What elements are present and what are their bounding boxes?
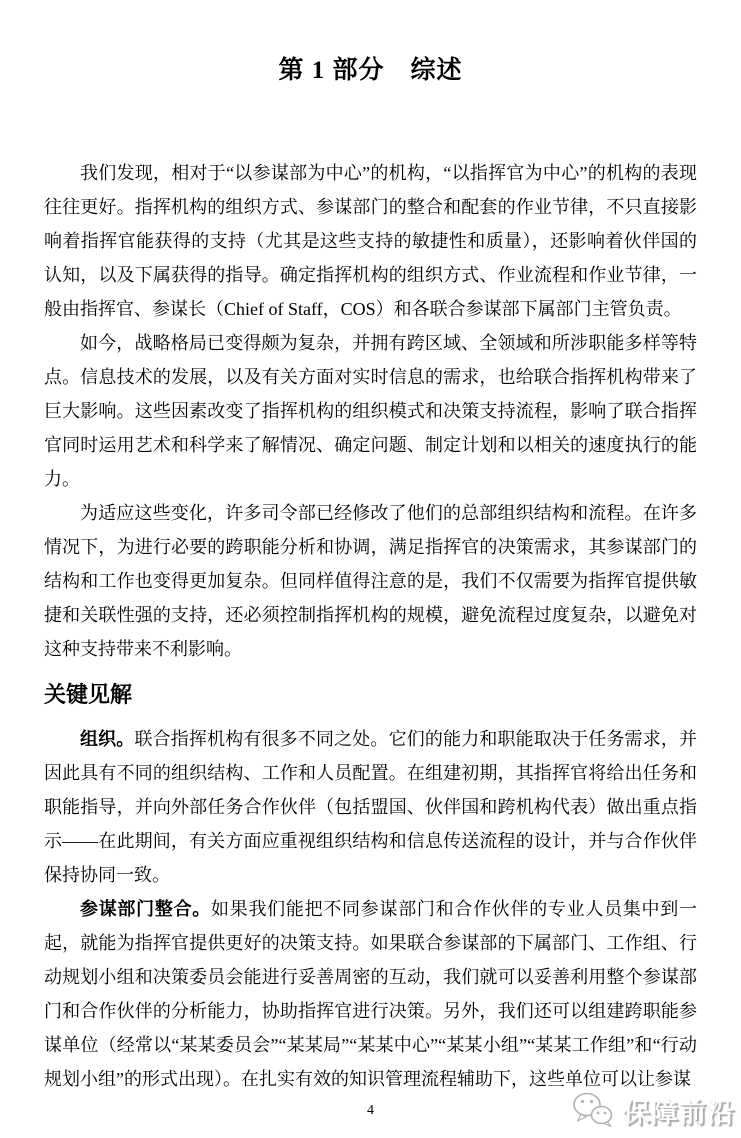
- watermark-label: 保障前沿: [623, 1091, 735, 1130]
- insight-lead-organization: 组织。: [80, 729, 134, 749]
- section-heading-key-insights: 关键见解: [44, 680, 697, 710]
- body-paragraph-2: 如今，战略格局已变得颇为复杂，并拥有跨区域、全领域和所涉职能多样等特点。信息技术…: [44, 326, 697, 496]
- document-page: 第 1 部分 综述 我们发现，相对于“以参谋部为中心”的机构，“以指挥官为中心”…: [0, 0, 741, 1138]
- document-body: 我们发现，相对于“以参谋部为中心”的机构，“以指挥官为中心”的机构的表现往往更好…: [44, 156, 697, 1096]
- page-title: 第 1 部分 综述: [0, 50, 741, 86]
- insight-paragraph-organization: 组织。联合指挥机构有很多不同之处。它们的能力和职能取决于任务需求，并因此具有不同…: [44, 722, 697, 892]
- body-paragraph-3: 为适应这些变化，许多司令部已经修改了他们的总部组织结构和流程。在许多情况下，为进…: [44, 496, 697, 666]
- body-paragraph-1: 我们发现，相对于“以参谋部为中心”的机构，“以指挥官为中心”的机构的表现往往更好…: [44, 156, 697, 326]
- watermark: 保障前沿: [571, 1090, 735, 1130]
- insight-text-staff-integration: 如果我们能把不同参谋部门和合作伙伴的专业人员集中到一起，就能为指挥官提供更好的决…: [44, 899, 697, 1089]
- insight-lead-staff-integration: 参谋部门整合。: [80, 899, 211, 919]
- insight-paragraph-staff-integration: 参谋部门整合。如果我们能把不同参谋部门和合作伙伴的专业人员集中到一起，就能为指挥…: [44, 892, 697, 1096]
- insight-text-organization: 联合指挥机构有很多不同之处。它们的能力和职能取决于任务需求，并因此具有不同的组织…: [44, 729, 697, 885]
- wechat-icon: [571, 1090, 615, 1130]
